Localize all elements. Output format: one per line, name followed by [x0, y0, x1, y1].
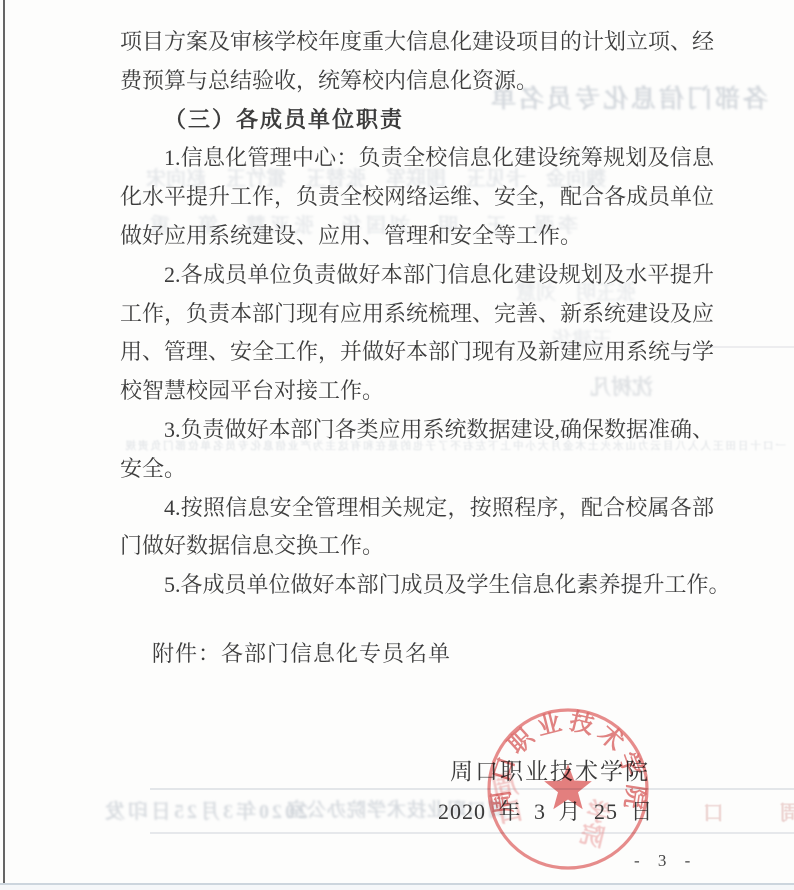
- body-line: 用、管理、安全工作，并做好本部门现有及新建应用系统与学: [120, 333, 714, 372]
- body-line: 5.各成员单位做好本部门成员及学生信息化素养提升工作。: [120, 566, 714, 605]
- body-line: 4.按照信息安全管理相关规定，按照程序，配合校属各部: [120, 489, 714, 528]
- body-line: 1.信息化管理中心：负责全校信息化建设统筹规划及信息: [120, 139, 714, 178]
- body-line: 安全。: [120, 450, 714, 489]
- body-line: 工作，负责本部门现有应用系统梳理、完善、新系统建设及应: [120, 295, 714, 334]
- body-line: 3.负责做好本部门各类应用系统数据建设,确保数据准确、: [120, 411, 714, 450]
- body-line: 化水平提升工作，负责全校网络运维、安全，配合各成员单位: [120, 178, 714, 217]
- body-line: 项目方案及审核学校年度重大信息化建设项目的计划立项、经: [120, 23, 714, 62]
- official-seal-stamp-icon: 周口职业技术学院: [470, 690, 670, 890]
- attachment-reference: 附件：各部门信息化专员名单: [152, 637, 451, 668]
- document-body: 项目方案及审核学校年度重大信息化建设项目的计划立项、经 费预算与总结验收，统筹校…: [120, 23, 714, 605]
- scan-edge-bottom-strip: [0, 885, 794, 890]
- scanned-document-page: 各部门信息化专员名单 魏向金 卡见玉 围联军 张替玉 霍竹玉 赵向宋 李强 王 …: [0, 0, 794, 890]
- svg-text:周口职业技术学院: 周口职业技术学院: [487, 708, 650, 816]
- body-line: 做好应用系统建设、应用、管理和安全等工作。: [120, 217, 714, 256]
- seal-arc-text: 周口职业技术学院: [487, 708, 650, 816]
- body-line: 门做好数据信息交换工作。: [120, 527, 714, 566]
- ghost-verso-colophon-date: 2020年3月25日印发: [102, 795, 308, 824]
- body-line: 费预算与总结验收，统筹校内信息化资源。: [120, 62, 714, 101]
- section-heading: （三）各成员单位职责: [120, 101, 714, 140]
- body-line: 校智慧校园平台对接工作。: [120, 372, 714, 411]
- body-line: 2.各成员单位负责做好本部门信息化建设规划及水平提升: [120, 256, 714, 295]
- seal-star-icon: [544, 764, 592, 809]
- scan-edge-left: [3, 0, 5, 884]
